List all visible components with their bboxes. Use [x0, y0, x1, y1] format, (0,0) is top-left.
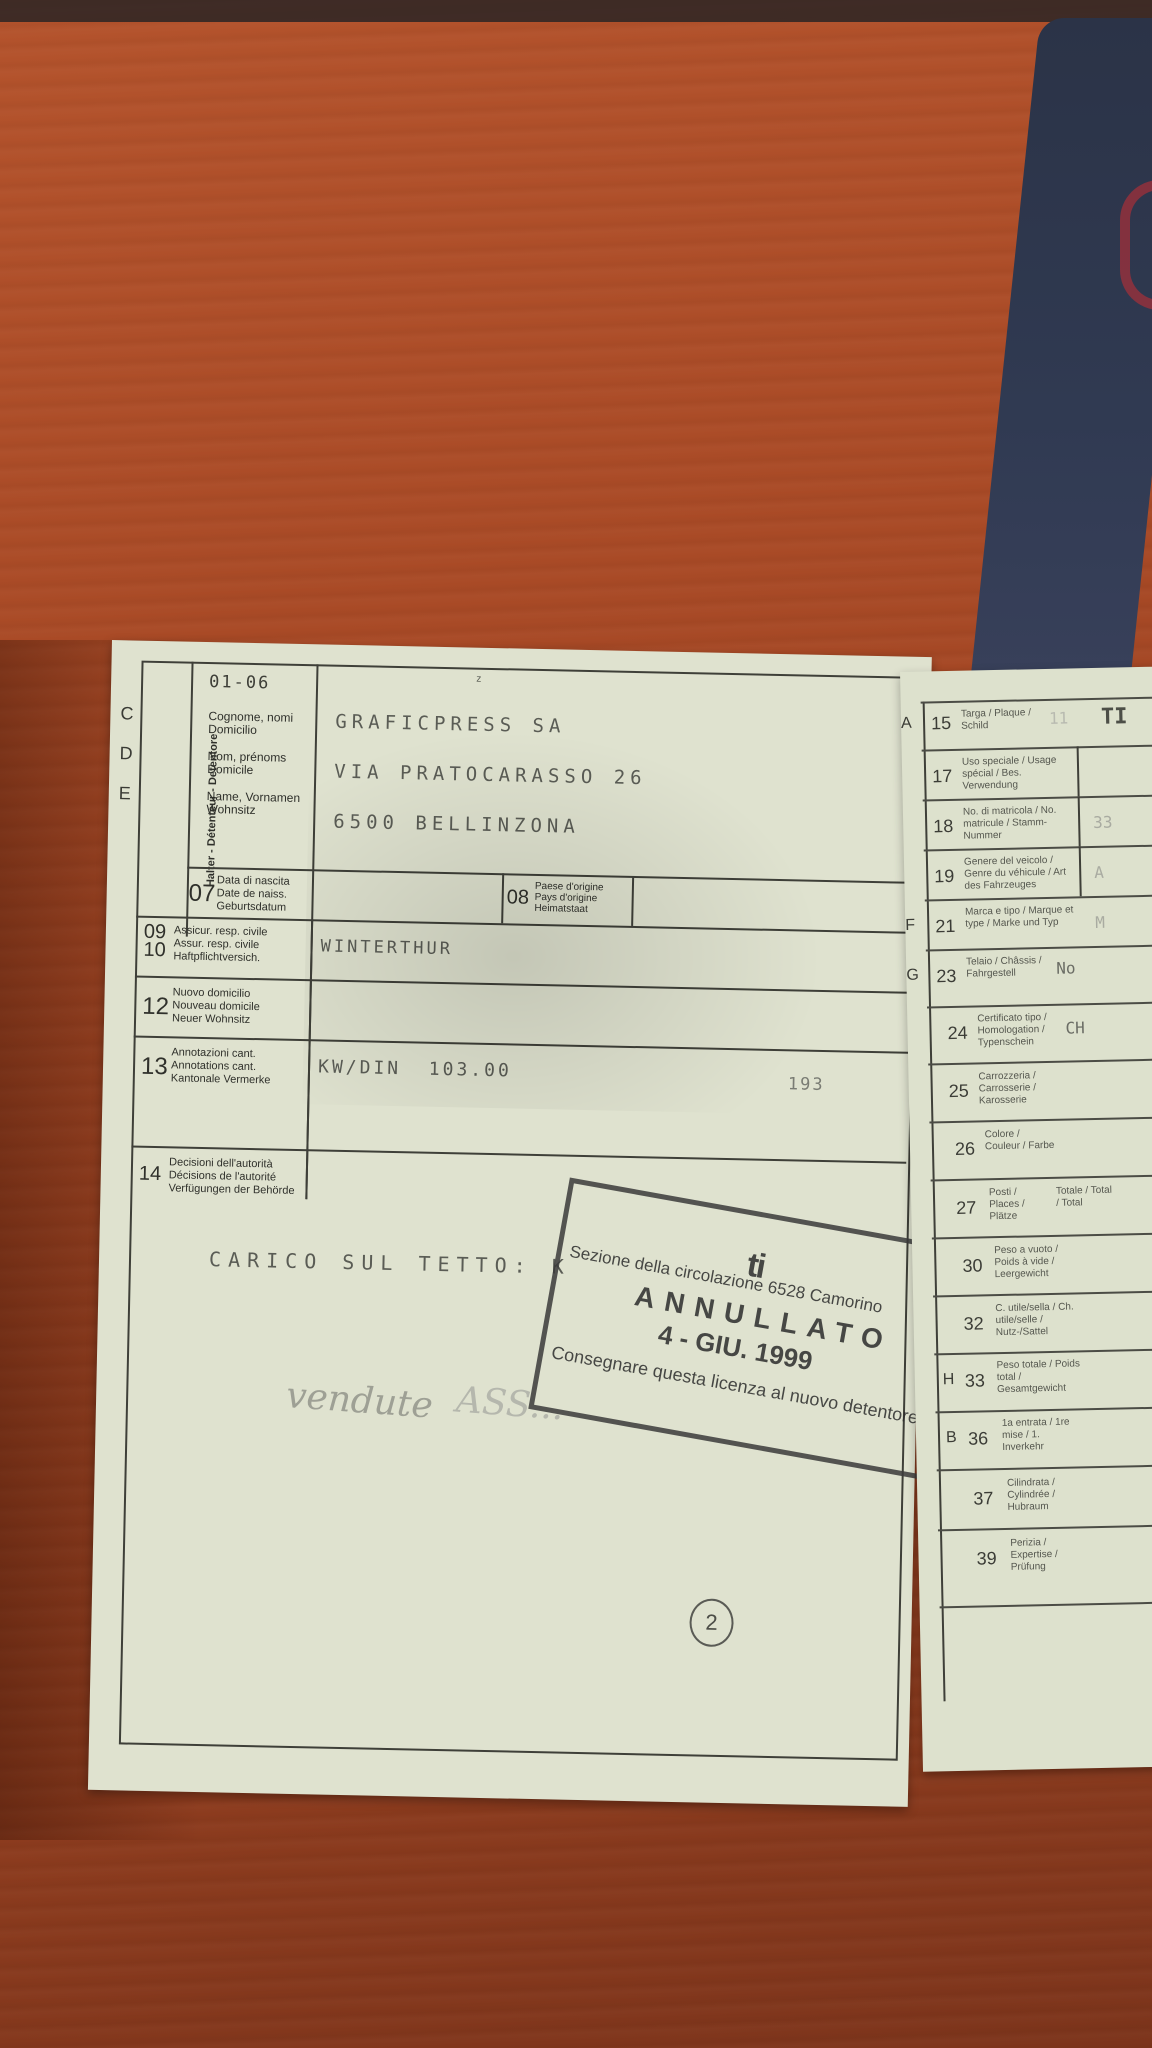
row-26-number: 26: [955, 1139, 975, 1160]
field-07-label-de: Geburtsdatum: [216, 900, 286, 914]
row-18-number: 18: [933, 816, 953, 837]
row-17-label: Uso speciale / Usage spécial / Bes. Verw…: [962, 754, 1073, 792]
field-09-label-de: Haftpflichtversich.: [173, 950, 260, 965]
field-08-number: 08: [506, 886, 529, 909]
row-21-label: Marca e tipo / Marque et type / Marke un…: [965, 904, 1075, 930]
field-08-label-de: Heimatstaat: [534, 903, 588, 915]
holder-label-de: Name, Vornamen Wohnsitz: [206, 790, 300, 818]
row-30-number: 30: [962, 1255, 982, 1276]
row-15-value: 11: [1049, 708, 1069, 727]
row-23-top: [926, 943, 1152, 951]
field-12-label-de: Neuer Wohnsitz: [172, 1012, 250, 1027]
row-25-top: [928, 1057, 1152, 1065]
row-19-value: A: [1094, 863, 1104, 882]
row-21-value: M: [1095, 913, 1105, 932]
row-23-number: 23: [936, 966, 956, 987]
row-25-label: Carrozzeria / Carrosserie / Karosserie: [978, 1070, 1069, 1108]
row-37-number: 37: [973, 1488, 993, 1509]
row-37-top: [937, 1463, 1152, 1471]
row-15-canton: TI: [1101, 704, 1128, 730]
row-37-label: Cilindrata / Cylindrée / Hubraum: [1007, 1476, 1088, 1514]
row-27-total-label: Totale / Total / Total: [1056, 1185, 1116, 1210]
row-15-number: 15: [931, 713, 951, 734]
row-15-label: Targa / Plaque / Schild: [961, 707, 1041, 733]
row-24-number: 24: [947, 1023, 967, 1044]
annotation-value: KW/DIN 103.00: [318, 1056, 512, 1081]
row-15-letter: A: [901, 715, 912, 733]
row-21-top: [925, 893, 1152, 901]
row-33-letter: H: [943, 1371, 955, 1389]
row-33-top: [934, 1347, 1152, 1355]
row-36-letter: B: [946, 1429, 957, 1447]
row-33-number: 33: [965, 1370, 985, 1391]
handwritten-note-2: ASS...: [455, 1380, 565, 1429]
field-14-label-de: Verfügungen der Behörde: [168, 1182, 294, 1198]
right-page: A 15 Targa / Plaque / Schild 11 TI 17 Us…: [900, 666, 1152, 1772]
row-39-number: 39: [976, 1548, 996, 1569]
row-32-top: [933, 1289, 1152, 1297]
row-19-top: [924, 843, 1152, 851]
row-26-top: [929, 1115, 1152, 1123]
insurance-value: WINTERTHUR: [320, 936, 453, 959]
row-27-label: Posti / Places / Plätze: [989, 1186, 1050, 1223]
row-25-number: 25: [949, 1081, 969, 1102]
row-24-value: CH: [1065, 1018, 1085, 1037]
row-21-letter: F: [905, 917, 915, 935]
holder-label-it: Cognome, nomi Domicilio: [208, 710, 293, 738]
row-33-label: Peso totale / Poids total / Gesamtgewich…: [996, 1358, 1087, 1396]
section-letter-e: E: [119, 783, 131, 804]
row-21-number: 21: [935, 916, 955, 937]
right-page-frame-bottom: [940, 1600, 1152, 1608]
field-12-number: 12: [142, 993, 169, 1022]
row-19-label: Genere del veicolo / Genre du véhicule /…: [964, 854, 1075, 892]
row-24-top: [927, 1000, 1152, 1008]
row-39-top: [938, 1523, 1152, 1531]
section-letter-d: D: [119, 743, 132, 764]
row-19-divider: [1079, 846, 1082, 896]
row-32-number: 32: [963, 1313, 983, 1334]
row-26-label: Colore / Couleur / Farbe: [985, 1128, 1055, 1153]
section-letter-c: C: [120, 703, 133, 724]
row-23-value: No: [1056, 958, 1076, 977]
field-14-number: 14: [139, 1163, 162, 1186]
row-27-number: 27: [956, 1198, 976, 1219]
row-27-top: [931, 1173, 1152, 1181]
row-18-top: [923, 793, 1152, 801]
row-32-label: C. utile/sella / Ch. utile/selle / Nutz-…: [995, 1301, 1086, 1339]
field-13-number: 13: [141, 1053, 168, 1082]
row-39-label: Perizia / Expertise / Prüfung: [1010, 1536, 1091, 1574]
row-36-number: 36: [968, 1428, 988, 1449]
field-10-number: 10: [143, 941, 166, 959]
field-13-label-de: Kantonale Vermerke: [171, 1072, 271, 1087]
holder-code: 01-06: [209, 672, 271, 693]
row-30-top: [932, 1231, 1152, 1239]
registration-booklet: z Halter - Détenteur - Detentore C D E 0…: [0, 0, 1152, 2048]
row-23-label: Telaio / Châssis / Fahrgestell: [966, 955, 1056, 981]
left-page: z Halter - Détenteur - Detentore C D E 0…: [88, 640, 932, 1807]
row-18-value: 33: [1093, 813, 1113, 832]
holder-label-fr: Nom, prénoms Domicile: [207, 750, 286, 778]
row-19-number: 19: [934, 866, 954, 887]
row-17-divider: [1077, 746, 1080, 796]
row-17-number: 17: [932, 766, 952, 787]
row-18-label: No. di matricola / No. matricule / Stamm…: [963, 804, 1074, 842]
row-17-top: [922, 743, 1152, 751]
row-24-label: Certificato tipo / Homologation / Typens…: [977, 1012, 1068, 1050]
field-07-number: 07: [188, 880, 215, 909]
row-23-letter: G: [906, 967, 919, 985]
row-30-label: Peso a vuoto / Poids à vide / Leergewich…: [994, 1243, 1085, 1281]
row-15-top: [921, 695, 1152, 703]
row-18-divider: [1078, 796, 1081, 846]
annotation-extra: 193: [788, 1074, 825, 1095]
row-36-label: 1a entrata / 1re mise / 1. Inverkehr: [1002, 1416, 1083, 1454]
row-36-top: [935, 1405, 1152, 1413]
